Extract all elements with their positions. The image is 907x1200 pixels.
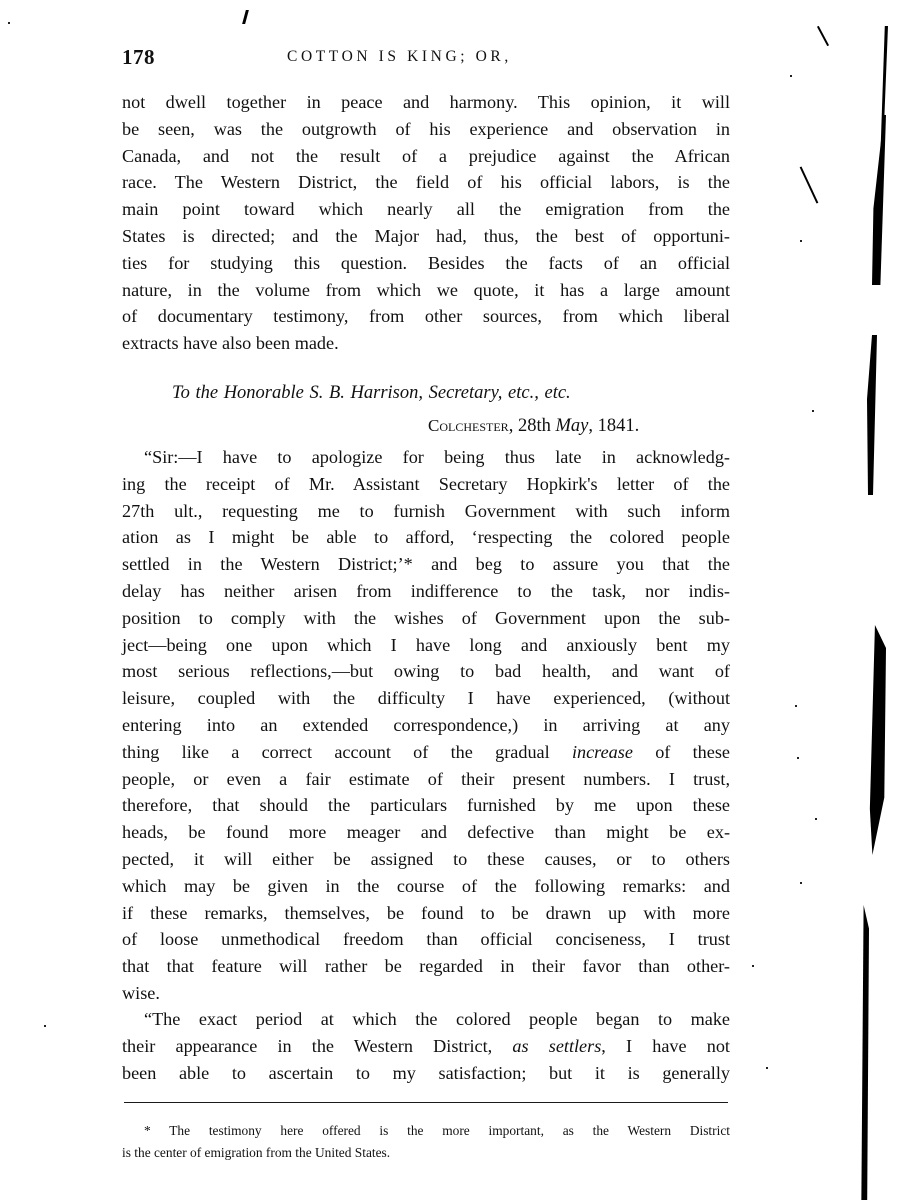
footnote-divider [124, 1102, 728, 1103]
text-line: ation as I might be able to afford, ‘res… [122, 524, 730, 551]
text-line: extracts have also been made. [122, 330, 730, 357]
text-line: delay has neither arisen from indifferen… [122, 578, 730, 605]
running-head: 178 COTTON IS KING; OR, [122, 45, 732, 75]
top-pen-mark [242, 10, 249, 24]
text-segment: their appearance in the Western District… [122, 1036, 512, 1056]
text-line: race. The Western District, the field of… [122, 169, 730, 196]
text-line: that that feature will rather be regarde… [122, 953, 730, 980]
text-line: not dwell together in peace and harmony.… [122, 89, 730, 116]
footnote: * The testimony here offered is the more… [122, 1120, 730, 1164]
text-line: leisure, coupled with the difficulty I h… [122, 685, 730, 712]
text-line: therefore, that should the particulars f… [122, 792, 730, 819]
edge-shadow-3 [867, 335, 877, 495]
text-line: heads, be found more meager and defectiv… [122, 819, 730, 846]
letter-dateline: Colchester, 28th May, 1841. [428, 416, 639, 437]
text-line: most serious reflections,—but owing to b… [122, 658, 730, 685]
intro-paragraph: not dwell together in peace and harmony.… [122, 89, 730, 357]
text-segment: thing like a correct account of the grad… [122, 742, 572, 762]
text-line: “The exact period at which the colored p… [122, 1006, 730, 1033]
speck [812, 410, 814, 412]
text-line: ject—being one upon which I have long an… [122, 632, 730, 659]
speck [766, 1067, 768, 1069]
running-title: COTTON IS KING; OR, [287, 48, 512, 66]
text-line: main point toward which nearly all the e… [122, 196, 730, 223]
letter-paragraph-1: “Sir:—I have to apologize for being thus… [122, 444, 730, 1007]
edge-streak [800, 166, 819, 203]
book-page: 178 COTTON IS KING; OR, not dwell togeth… [0, 0, 907, 1200]
text-line: Canada, and not the result of a prejudic… [122, 143, 730, 170]
text-segment: , I have not [601, 1036, 730, 1056]
text-line: settled in the Western District;’* and b… [122, 551, 730, 578]
text-line: nature, in the volume from which we quot… [122, 277, 730, 304]
page-number: 178 [122, 45, 155, 70]
dateline-year: , 1841. [588, 416, 639, 436]
dateline-month: May [555, 416, 588, 436]
speck [795, 705, 797, 707]
text-line: if these remarks, themselves, be found t… [122, 900, 730, 927]
text-line: 27th ult., requesting me to furnish Gove… [122, 498, 730, 525]
text-line: ing the receipt of Mr. Assistant Secreta… [122, 471, 730, 498]
text-line: of loose unmethodical freedom than offic… [122, 926, 730, 953]
text-line: position to comply with the wishes of Go… [122, 605, 730, 632]
speck [752, 965, 754, 967]
speck [815, 818, 817, 820]
text-line: pected, it will either be assigned to th… [122, 846, 730, 873]
text-line: which may be given in the course of the … [122, 873, 730, 900]
text-line: wise. [122, 980, 730, 1007]
text-line: entering into an extended correspondence… [122, 712, 730, 739]
text-segment: of these [633, 742, 730, 762]
emphasis-increase: increase [572, 742, 633, 762]
speck [800, 882, 802, 884]
speck [790, 75, 792, 77]
text-line: thing like a correct account of the grad… [122, 739, 730, 766]
speck [797, 757, 799, 759]
dateline-place: Colchester [428, 416, 509, 435]
edge-shadow-4 [869, 625, 886, 855]
footnote-line: * The testimony here offered is the more… [122, 1120, 730, 1142]
footnote-line: is the center of emigration from the Uni… [122, 1142, 730, 1164]
edge-shadow-5 [860, 905, 869, 1200]
speck [800, 240, 802, 242]
speck [44, 1025, 46, 1027]
emphasis-as-settlers: as settlers [512, 1036, 601, 1056]
text-line: be seen, was the outgrowth of his experi… [122, 116, 730, 143]
text-line: ties for studying this question. Besides… [122, 250, 730, 277]
text-line: “Sir:—I have to apologize for being thus… [122, 444, 730, 471]
edge-streak [817, 26, 829, 46]
edge-shadow-2 [872, 115, 886, 285]
text-line: States is directed; and the Major had, t… [122, 223, 730, 250]
text-line: their appearance in the Western District… [122, 1033, 730, 1060]
letter-paragraph-2: “The exact period at which the colored p… [122, 1006, 730, 1086]
letter-salutation: To the Honorable S. B. Harrison, Secreta… [172, 383, 571, 404]
text-line: been able to ascertain to my satisfactio… [122, 1060, 730, 1087]
text-line: people, or even a fair estimate of their… [122, 766, 730, 793]
text-line: of documentary testimony, from other sou… [122, 303, 730, 330]
speck [8, 22, 10, 24]
dateline-day: , 28th [509, 416, 556, 436]
